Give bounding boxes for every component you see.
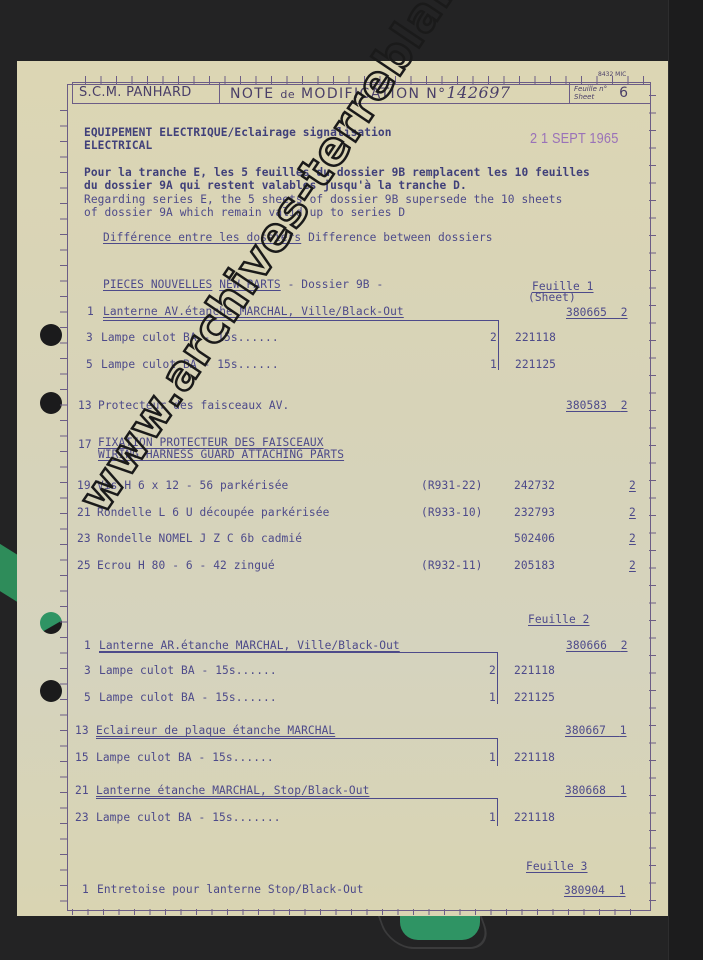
subject-line-2: ELECTRICAL [84,139,152,152]
sheet-label: Feuille n° Sheet [574,85,607,101]
row-count: 2 [629,506,636,519]
row-num: 23 [77,532,91,545]
title-de: de [280,88,295,101]
row-num: 25 [77,559,91,572]
date-stamp: 2 1 SEPT 1965 [530,130,618,147]
row-desc: Lampe culot BA - 15s....... [96,811,281,824]
part-number: 221125 [514,691,555,704]
count-value: 2 [621,639,628,652]
bracket-line [96,798,497,799]
row-qty: 2 [490,331,497,344]
sheet-label-en: Sheet [574,93,607,101]
background-right-strip [668,0,703,960]
row-num: 13 [78,399,92,412]
form-code: 8432 MIC [598,71,626,78]
assy-value: 380665 [566,306,607,319]
row-count: 2 [629,559,636,572]
sheet-box: Feuille n° Sheet 6 [570,83,650,103]
punch-hole [40,392,62,414]
sheet-2-label: Feuille 2 [528,613,590,626]
sheet-number: 6 [619,85,628,101]
row-count: 2 [629,479,636,492]
assembly-number: 380668 1 [565,784,627,797]
assy-value: 380668 [565,784,606,797]
part-number: 232793 [514,506,555,519]
row-num: 21 [75,784,89,797]
row-desc: Entretoise pour lanterne Stop/Black-Out [97,883,364,896]
part-number: 221118 [514,751,555,764]
row-num: 1 [87,305,94,318]
assembly-number: 380904 1 [564,884,626,897]
sheet-1-sublabel: (Sheet) [528,291,576,304]
row-desc: Lanterne AR.étanche MARCHAL, Ville/Black… [99,639,400,652]
intro-en-2: of dossier 9A which remain valid up to s… [84,206,405,219]
row-num: 17 [78,438,92,451]
row-desc: Eclaireur de plaque étanche MARCHAL [96,724,335,737]
count-value: 2 [621,399,628,412]
assembly-number: 380667 1 [565,724,627,737]
company-name: S.C.M. PANHARD [73,83,220,103]
count-value: 1 [619,884,626,897]
punch-hole [40,324,62,346]
bracket-line [96,738,497,739]
row-qty: 1 [489,751,496,764]
part-number: 221125 [515,358,556,371]
row-qty: 1 [489,691,496,704]
difference-en: Difference between dossiers [301,231,492,244]
row-num: 1 [82,883,89,896]
assembly-number: 380665 2 [566,306,628,319]
punch-hole [40,612,62,634]
ruler-ticks-right [649,95,656,905]
row-num: 15 [75,751,89,764]
row-num: 21 [77,506,91,519]
bracket-line [99,652,497,653]
row-desc: Lanterne étanche MARCHAL, Stop/Black-Out [96,784,369,797]
modification-number: 142697 [447,83,511,102]
row-qty: 1 [489,811,496,824]
assy-value: 380667 [565,724,606,737]
row-qty: 1 [490,358,497,371]
assy-value: 380904 [564,884,605,897]
row-ref: (R933-10) [421,506,483,519]
ruler-ticks-bottom [72,909,642,915]
title-prefix: NOTE [230,86,280,102]
row-num: 1 [84,639,91,652]
part-number: 221118 [514,664,555,677]
sheet-label-fr: Feuille n° [574,85,607,93]
punch-hole [40,680,62,702]
row-desc: Ecrou H 80 - 6 - 42 zingué [97,559,275,572]
row-num: 13 [75,724,89,737]
part-number: 502406 [514,532,555,545]
row-desc: Lampe culot BA - 15s...... [99,691,277,704]
count-value: 2 [621,306,628,319]
row-ref: (R932-11) [421,559,483,572]
assy-value: 380583 [566,399,607,412]
row-desc: Lampe culot BA - 15s...... [96,751,274,764]
part-number: 242732 [514,479,555,492]
part-number: 205183 [514,559,555,572]
count-value: 1 [620,784,627,797]
row-num: 5 [84,691,91,704]
row-desc: Lampe culot BA - 15s...... [99,664,277,677]
dossier-label: - Dossier 9B - [281,278,384,291]
assembly-number: 380666 2 [566,639,628,652]
row-qty: 2 [489,664,496,677]
count-value: 1 [620,724,627,737]
row-num: 5 [86,358,93,371]
row-ref: (R931-22) [421,479,483,492]
bracket-line [103,320,498,321]
assy-value: 380666 [566,639,607,652]
row-num: 3 [86,331,93,344]
row-desc: Rondelle NOMEL J Z C 6b cadmié [97,532,302,545]
part-number: 221118 [515,331,556,344]
row-num: 3 [84,664,91,677]
new-parts-fr: PIECES NOUVELLES [103,278,212,291]
ruler-ticks-left [60,110,67,905]
assembly-number: 380583 2 [566,399,628,412]
row-desc: Rondelle L 6 U découpée parkérisée [97,506,329,519]
sheet-3-label: Feuille 3 [526,860,588,873]
row-count: 2 [629,532,636,545]
row-num: 23 [75,811,89,824]
part-number: 221118 [514,811,555,824]
